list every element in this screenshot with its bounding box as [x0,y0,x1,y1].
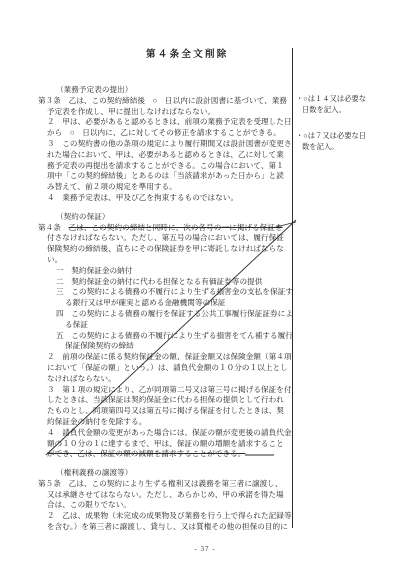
margin-note-line: 数を記入。 [302,141,366,152]
text: したときは、当該保証は契約保証金に代わる担保の提供として行われ [47,395,284,404]
text-line: 一 契約保証金の納付 [56,266,294,277]
text: （業務予定表の提出） [56,85,132,94]
margin-note-line: ・○は１４又は必要な [296,93,366,104]
text: 合は、この限りでない。 [47,500,131,509]
text-line: 額の１０分の１に達するまで、甲は、保証の額の増額を請求すること [47,439,294,450]
text-line: れた場合において、甲は、必要があると認めるときは、乙に対して業 [47,150,294,161]
text-line: 合は、この限りでない。 [47,500,294,511]
text-line: から ○ 日以内に、乙に対してその修正を請求することができる。 [47,128,294,139]
text: ４ 業務予定表は、甲及び乙を拘束するものではない。 [47,193,238,202]
text: 二 契約保証金の納付に代わる担保となる有価証券等の提供 [56,277,262,286]
text-line: ３ 第１項の規定により、乙が同項第二号又は第三号に掲げる保証を付 [47,385,294,396]
text: 又は承継させてはならない。ただし、あらかじめ、甲の承諾を得た場 [47,490,284,499]
text-line: ２ 乙は、成果物（未完成の成果物及び業務を行う上で得られた記録等 [47,511,294,522]
text: い。 [47,255,62,264]
text-line: 第５条 乙は、この契約により生ずる権利又は義務を第三者に譲渡し、 [38,479,294,490]
text-line: 五 この契約による債務の不履行により生ずる損害をてん補する履行 [56,331,294,342]
text: 四 この契約による債務の履行を保証する公共工事履行保証証券によ [56,309,293,318]
margin-note-line: 日数を記入。 [302,104,366,115]
text-line: ４ 請負代金額の変更があった場合には、保証の額が変更後の請負代金 [47,428,294,439]
text: る銀行又は甲が確実と認める金融機関等の保証 [65,298,226,307]
text-line: 第３条 乙は、この契約締結後 ○ 日以内に設計図書に基づいて、業務 [38,96,294,107]
text-line: ３ この契約書の他の条項の規定により履行期間又は設計図書が変更さ [47,139,294,150]
text-line: 保証保険契約の締結 [65,341,294,352]
margin-note: ・○は１４又は必要な日数を記入。 [296,93,366,115]
text-line: ４ 業務予定表は、甲及び乙を拘束するものではない。 [47,193,294,204]
text-line: において「保証の額」という。）は、請負代金額の１０分の１以上とし [47,363,294,374]
text: ３ この契約書の他の条項の規定により履行期間又は設計図書が変更さ [47,139,292,148]
article-number: 第４条 [38,223,69,232]
text: 項中「この契約締結後」とあるのは「当該請求があった日から」と読 [47,171,284,180]
struck-text: 乙は、この契約の締結と同時に、次の各号の一に掲げる保証を [69,223,283,232]
text: において「保証の額」という。）は、請負代金額の１０分の１以上とし [47,363,288,372]
text-line: る保証 [65,320,294,331]
text: 第３条 乙は、この契約締結後 ○ 日以内に設計図書に基づいて、業務 [38,96,287,105]
text: れた場合において、甲は、必要があると認めるときは、乙に対して業 [47,150,284,159]
text: 保証保険契約の締結 [65,341,134,350]
text: み替えて、前２項の規定を準用する。 [47,182,177,191]
document-text: （業務予定表の提出）第３条 乙は、この契約締結後 ○ 日以内に設計図書に基づいて… [38,85,294,533]
text-line: 付さなければならない。ただし、第五号の場合においては、履行保証 [47,233,294,244]
text-line: （権利義務の譲渡等） [56,468,294,479]
margin-note-line: ・○は７又は必要な日 [296,130,366,141]
text: たものとし、同項第四号又は第五号に掲げる保証を付したときは、契 [47,406,284,415]
text: 保険契約の締結後、直ちにその保険証券を甲に寄託しなければならな [47,244,284,253]
text: （権利義務の譲渡等） [56,468,132,477]
struck-text: ができ、乙は、保証の額の減額を請求することができる。 [47,449,245,458]
page-number: - 37 - [0,545,410,553]
text: ２ 甲は、必要があると認めるときは、前項の業務予定表を受理した日 [47,117,292,126]
article-4-guarantee-deleted: （契約の保証）第４条 乙は、この契約の締結と同時に、次の各号の一に掲げる保証を付… [38,212,294,460]
section-title: 第４条全文削除 [146,46,229,60]
text-line: い。 [47,255,294,266]
text: 五 この契約による債務の不履行により生ずる損害をてん補する履行 [56,331,293,340]
text-line: ができ、乙は、保証の額の減額を請求することができる。 [47,449,294,460]
article-5-transfer-of-rights: （権利義務の譲渡等）第５条 乙は、この契約により生ずる権利又は義務を第三者に譲渡… [38,468,294,533]
margin-rule [292,48,293,528]
text: 第５条 乙は、この契約により生ずる権利又は義務を第三者に譲渡し、 [38,479,283,488]
text: 予定表を作成し、甲に提出しなければならない。 [47,107,215,116]
text-line: （契約の保証） [56,212,294,223]
text-line: 第４条 乙は、この契約の締結と同時に、次の各号の一に掲げる保証を [38,223,294,234]
text-line: ２ 甲は、必要があると認めるときは、前項の業務予定表を受理した日 [47,117,294,128]
text-line: を含む。）を第三者に譲渡し、貸与し、又は質権その他の担保の目的に [47,522,294,533]
document-page: 第４条全文削除 （業務予定表の提出）第３条 乙は、この契約締結後 ○ 日以内に設… [0,0,410,580]
text-line: （業務予定表の提出） [56,85,294,96]
text: 一 契約保証金の納付 [56,266,132,275]
text-line: る銀行又は甲が確実と認める金融機関等の保証 [65,298,294,309]
text: 約保証金の納付を免除する。 [47,417,146,426]
text: （契約の保証） [56,212,110,221]
text: 三 この契約による債務の不履行により生ずる損害金の支払を保証す [56,287,293,296]
text-line: 約保証金の納付を免除する。 [47,417,294,428]
text-line: たものとし、同項第四号又は第五号に掲げる保証を付したときは、契 [47,406,294,417]
margin-note: ・○は７又は必要な日数を記入。 [296,130,366,152]
text: から ○ 日以内に、乙に対してその修正を請求することができる。 [47,128,281,137]
text-line: 四 この契約による債務の履行を保証する公共工事履行保証証券によ [56,309,294,320]
text-line: 保険契約の締結後、直ちにその保険証券を甲に寄託しなければならな [47,244,294,255]
text: ４ 請負代金額の変更があった場合には、保証の額が変更後の請負代金 [47,428,292,437]
text-line: したときは、当該保証は契約保証金に代わる担保の提供として行われ [47,395,294,406]
article-3-schedule: （業務予定表の提出）第３条 乙は、この契約締結後 ○ 日以内に設計図書に基づいて… [38,85,294,204]
text: ２ 乙は、成果物（未完成の成果物及び業務を行う上で得られた記録等 [47,511,292,520]
text-line: 項中「この契約締結後」とあるのは「当該請求があった日から」と読 [47,171,294,182]
text-line: 又は承継させてはならない。ただし、あらかじめ、甲の承諾を得た場 [47,490,294,501]
text-line: 二 契約保証金の納付に代わる担保となる有価証券等の提供 [56,277,294,288]
text-line: 三 この契約による債務の不履行により生ずる損害金の支払を保証す [56,287,294,298]
text-line: 務予定表の再提出を請求することができる。この場合において、第１ [47,161,294,172]
text: 付さなければならない。ただし、第五号の場合においては、履行保証 [47,233,284,242]
text-line: ２ 前項の保証に係る契約保証金の額、保証金額又は保険金額（第４項 [47,352,294,363]
text: を含む。）を第三者に譲渡し、貸与し、又は質権その他の担保の目的に [47,522,288,531]
text-line: なければならない。 [47,374,294,385]
text: ３ 第１項の規定により、乙が同項第二号又は第三号に掲げる保証を付 [47,385,292,394]
text: なければならない。 [47,374,116,383]
text: 務予定表の再提出を請求することができる。この場合において、第１ [47,161,284,170]
text: ２ 前項の保証に係る契約保証金の額、保証金額又は保険金額（第４項 [47,352,292,361]
text-line: 予定表を作成し、甲に提出しなければならない。 [47,107,294,118]
text: 額の１０分の１に達するまで、甲は、保証の額の増額を請求すること [47,439,284,448]
text: る保証 [65,320,88,329]
text-line: み替えて、前２項の規定を準用する。 [47,182,294,193]
